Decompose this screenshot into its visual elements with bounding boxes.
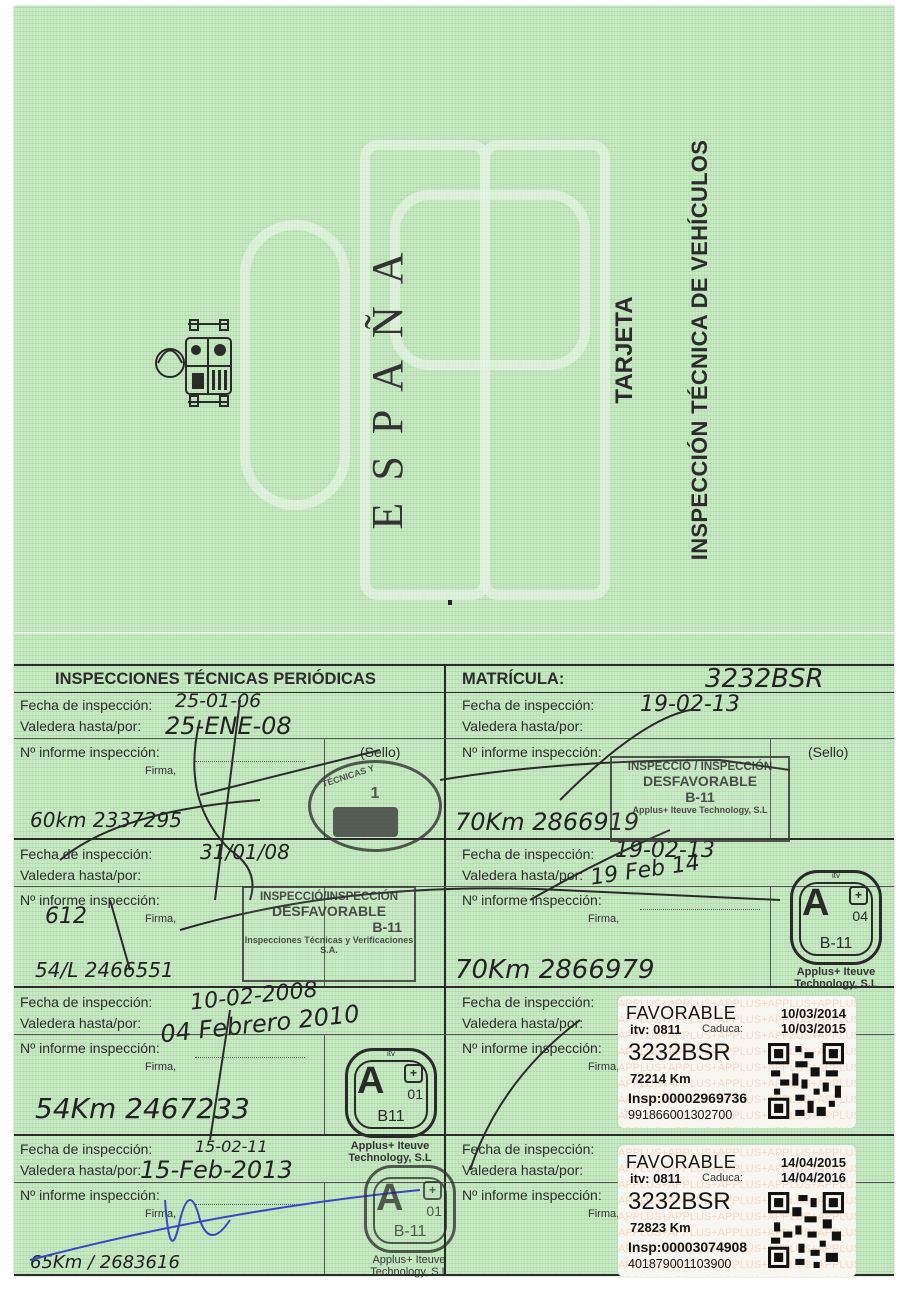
sticker-plate: 3232BSR — [628, 1039, 731, 1067]
itv-logo-icon — [333, 807, 398, 837]
stamp-line: B-11 — [244, 919, 414, 935]
stamp-line: INSPECCIÓ / INSPECCIÓN — [612, 761, 788, 773]
plus-icon: + — [423, 1181, 442, 1200]
inspection-sticker: APPLUS+APPLUS+APPLUS+APPLUS+APPLUS+APPLU… — [618, 996, 856, 1128]
itv-text: itv — [345, 1049, 437, 1058]
sticker-plate: 3232BSR — [628, 1188, 731, 1216]
unfavorable-stamp: INSPECCIÓ/INSPECCIÓN DESFAVORABLE B-11 I… — [242, 886, 416, 982]
plus-icon: + — [849, 886, 868, 905]
sticker-inspection-date: 10/03/2014 — [781, 1006, 846, 1021]
stamp-line: INSPECCIÓ/INSPECCIÓN — [244, 891, 414, 903]
grade-letter: A — [357, 1062, 384, 1100]
stamp-company: Applus+ Iteuve Technology, S.L — [354, 1254, 464, 1278]
fold-crease — [14, 632, 894, 635]
stamp-company: Applus+ Iteuve Technology, S.L — [782, 966, 890, 990]
station-code: B11 — [345, 1108, 437, 1126]
sticker-code: 401879001103900 — [628, 1257, 731, 1271]
sticker-caduca-label: Caduca: — [702, 1172, 743, 1184]
stamp-line: DESFAVORABLE — [612, 773, 788, 789]
sticker-inspection-date: 14/04/2015 — [781, 1155, 846, 1170]
stamp-line: Applus+ Iteuve Technology, S.L — [612, 805, 788, 815]
stamp-company: Applus+ Iteuve Technology, S.L — [335, 1140, 445, 1164]
sticker-insp: Insp:00002969736 — [628, 1090, 747, 1106]
card-word: TARJETA — [605, 280, 645, 420]
sticker-code: 991866001302700 — [628, 1108, 732, 1122]
itv-text: itv — [790, 871, 882, 880]
coat-of-arms-icon — [148, 318, 248, 408]
card-title: INSPECCIÓN TÉCNICA DE VEHÍCULOS — [680, 120, 720, 580]
stamp-code: 04 — [852, 908, 868, 924]
station-code: B-11 — [790, 935, 882, 953]
qr-code-icon — [768, 1043, 844, 1119]
round-seal-stamp: TÉCNICAS Y 1 — [308, 760, 442, 852]
qr-code-icon — [768, 1192, 844, 1268]
stamp-code: 01 — [407, 1086, 423, 1102]
sticker-km: 72823 Km — [630, 1220, 691, 1235]
stamp-code: 01 — [426, 1203, 442, 1219]
grade-letter: A — [802, 884, 829, 922]
itv-approval-stamp: itv A + 04 B-11 — [790, 870, 882, 965]
sticker-expiry-date: 10/03/2015 — [781, 1021, 846, 1036]
stamp-line: B-11 — [612, 789, 788, 805]
inspection-sticker: APPLUS+APPLUS+APPLUS+APPLUS+APPLUS+APPLU… — [618, 1145, 856, 1277]
seal-number: 1 — [311, 785, 439, 803]
stamp-line: Inspecciones Técnicas y Verificaciones S… — [244, 935, 414, 955]
plus-icon: + — [404, 1064, 423, 1083]
sticker-expiry-date: 14/04/2016 — [781, 1170, 846, 1185]
punch-mark — [448, 600, 452, 605]
stamp-line: DESFAVORABLE — [244, 903, 414, 919]
itv-approval-stamp: itv A + 01 B11 — [345, 1048, 437, 1138]
sticker-caduca-label: Caduca: — [702, 1023, 743, 1035]
sticker-insp: Insp:00003074908 — [628, 1239, 747, 1255]
grade-letter: A — [376, 1179, 403, 1217]
itv-approval-stamp: A + 01 B-11 — [364, 1165, 456, 1253]
unfavorable-stamp: INSPECCIÓ / INSPECCIÓN DESFAVORABLE B-11… — [610, 756, 790, 842]
station-code: B-11 — [364, 1223, 456, 1241]
sticker-km: 72214 Km — [630, 1071, 691, 1086]
country-title: ESPAÑA — [358, 210, 418, 550]
sticker-itv: itv: 0811 — [630, 1171, 681, 1186]
sticker-itv: itv: 0811 — [630, 1022, 681, 1037]
sticker-result: FAVORABLE — [626, 1003, 736, 1024]
sticker-result: FAVORABLE — [626, 1152, 736, 1173]
